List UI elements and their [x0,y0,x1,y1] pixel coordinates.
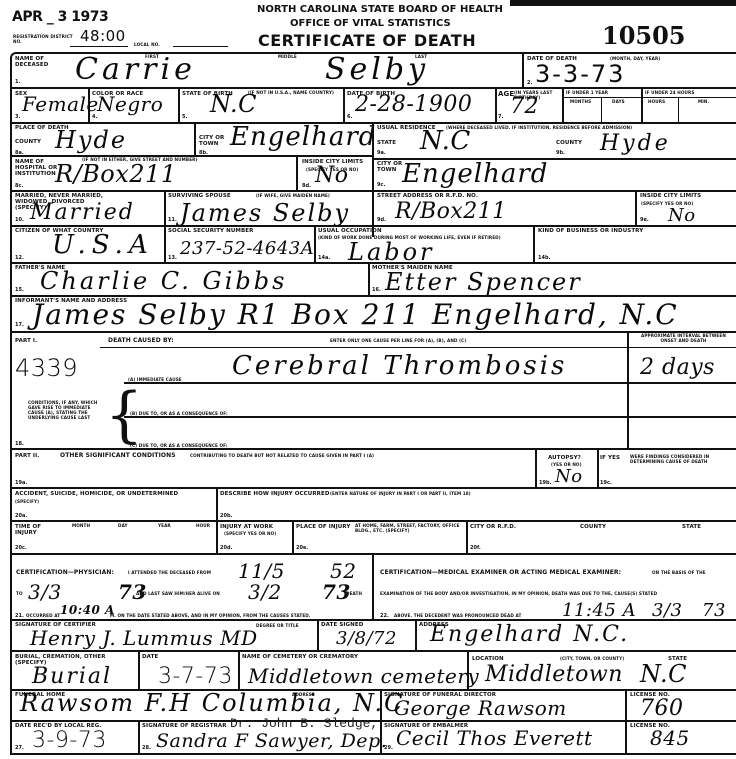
divider [495,88,497,122]
death-inside-city-value: No [315,163,349,188]
interval-value: 2 days [640,355,715,380]
divider [380,689,382,720]
street-value: R/Box211 [395,199,507,224]
spouse-hint: (IF WIFE, GIVE MAIDEN NAME) [256,193,330,198]
divider [627,331,629,448]
conditions-label: CONDITIONS, IF ANY, WHICH GAVE RISE TO I… [28,400,98,420]
residence-state-value: N.C [420,126,471,156]
row-line [10,87,736,89]
divider [343,88,345,122]
me-text2: EXAMINATION OF THE BODY AND/OR INVESTIGA… [380,591,657,596]
occurred-time: 10:40 A [60,603,115,617]
occurred-suffix: M. ON THE DATE STATED ABOVE, AND IN MY O… [110,613,311,618]
field-num-27: 27. [15,745,24,751]
at-work-hint: (SPECIFY YES OR NO) [224,531,276,536]
ssn-label: SOCIAL SECURITY NUMBER [168,228,253,234]
name-label: NAME OF DECEASED [15,56,55,68]
location-value: Middletown [485,662,623,687]
stamp-date: APR _ 3 1973 [12,9,108,25]
field-num-18: 18. [15,441,24,447]
field-num-3: 3. [15,114,20,120]
cause-code: 4339 [15,354,78,382]
divider [467,650,469,690]
if-yes-label: IF YES [600,455,620,461]
death-county-value: Hyde [55,126,127,154]
registrar-label: SIGNATURE OF REGISTRAR [142,723,227,729]
divider [296,155,298,190]
field-num-20a: 20a. [15,513,27,519]
row-line [10,190,736,192]
divider [138,650,140,690]
middle-label: MIDDLE [278,54,297,59]
months-label: MONTHS [570,99,591,104]
typed-registrar-name: Dr. John B. Sledge, [230,716,378,731]
agency-line1: NORTH CAROLINA STATE BOARD OF HEALTH [257,4,503,15]
last-saw-date: 3/2 [248,580,282,604]
field-num-20e: 20e. [296,545,308,551]
attended-text: I ATTENDED THE DECEASED FROM [128,570,211,575]
field-num-7: 7. [498,114,503,120]
ssn-value: 237-52-4643A [180,238,314,259]
other-conditions-label: OTHER SIGNIFICANT CONDITIONS [60,453,176,459]
state-of-birth-hint: (IF NOT IN U.S.A., NAME COUNTRY) [248,90,338,95]
manner-hint: (SPECIFY) [15,499,39,504]
certifier-signature: Henry J. Lummus MD [30,626,258,650]
row-line [10,619,736,621]
director-license-value: 760 [640,696,684,721]
time-of-injury-label: TIME OF INJURY [15,524,53,536]
divider [533,225,535,262]
registration-district: 48:00 [80,27,126,45]
row-line [124,382,736,384]
field-num-12: 12. [15,255,24,261]
death-caused-by-label: DEATH CAUSED BY: [108,338,174,344]
enter-only-label: ENTER ONLY ONE CAUSE PER LINE FOR (a), (… [330,338,466,343]
divider [466,520,468,553]
divider [178,88,180,122]
row-line [10,225,736,227]
field-num-14b: 14b. [538,255,550,261]
residence-city-value: Engelhard [402,159,548,189]
date-signed-value: 3/8/72 [336,628,397,649]
field-num-19a: 19a. [15,480,27,486]
field-num-2: 2. [527,80,532,86]
to-label: TO [16,591,23,596]
divider [522,54,524,88]
divider [317,619,319,650]
registration-label: REGISTRATION DISTRICT NO. [13,34,73,44]
father-value: Charlie C. Gibbs [40,267,287,295]
burial-date-value: 3-7-73 [158,664,233,689]
divider [372,123,374,237]
field-num-14a: 14a. [318,255,330,261]
spouse-value: James Selby [180,199,350,227]
local-no-underline [173,46,228,47]
min-label: MIN. [698,99,709,104]
divider [164,225,166,262]
under-24-hours-label: IF UNDER 24 HOURS [645,90,695,95]
burial-date-label: DATE [142,654,158,660]
field-num-16: 16. [372,287,381,293]
sub-line [562,97,736,98]
divider [641,88,643,122]
registration-underline [70,46,128,47]
residence-inside-city-value: No [668,205,696,226]
attended-to: 3/3 [28,580,62,604]
embalmer-license-value: 845 [650,726,690,750]
day-label: DAY [118,523,128,528]
certificate-number: 10505 [602,21,686,50]
immediate-cause-value: Cerebral Thrombosis [232,351,567,381]
field-num-28: 28. [142,745,151,751]
injury-city-label: CITY OR R.F.D. [470,524,516,530]
divider [415,619,417,650]
residence-inside-city-label: INSIDE CITY LIMITS [640,193,701,199]
divider [678,97,679,122]
marital-value: Married [30,200,135,225]
cemetery-value: Middletown cemetery [248,664,479,688]
residence-county-label: COUNTY [556,140,582,146]
divider [88,88,90,122]
field-num-20f: 20f. [470,545,481,551]
field-num-9e: 9e. [640,217,649,223]
at-work-label: INJURY AT WORK [220,524,273,530]
injury-county-label: COUNTY [580,524,606,530]
certifier-address-value: Engelhard N.C. [430,622,629,647]
death-city-label: CITY OR TOWN [199,135,229,147]
registrar-value: Sandra F Sawyer, Dep. [156,730,387,752]
field-num-15: 15. [15,287,24,293]
state-of-birth-value: N.C [210,90,257,118]
manner-label: ACCIDENT, SUICIDE, HOMICIDE, OR UNDETERM… [15,491,178,497]
divider [535,448,537,488]
findings-label: WERE FINDINGS CONSIDERED IN DETERMINING … [630,454,730,464]
row-line [124,416,736,418]
divider [292,520,294,553]
field-num-9a: 9a. [377,150,386,156]
part1-label: PART I. [15,338,37,344]
deceased-first-name: Carrie [75,52,196,87]
residence-county-value: Hyde [600,131,671,156]
hospital-value: R/Box211 [55,160,177,188]
pronounced-time: 11:45 A [562,600,636,621]
field-num-20d: 20d. [220,545,232,551]
degree-label: DEGREE OR TITLE [256,623,299,628]
divider [635,190,637,225]
autopsy-value: No [555,466,583,487]
row-line [10,448,736,450]
field-num-19b: 19b. [539,480,551,486]
funeral-home-value: Rawsom F.H Columbia, N.C [20,689,405,717]
autopsy-label: AUTOPSY? [548,455,581,461]
death-county-label: COUNTY [15,139,41,145]
residence-state-label: STATE [377,140,396,146]
funeral-director-value: George Rawsom [394,696,567,720]
row-line [10,295,736,297]
me-cert-label: CERTIFICATION—MEDICAL EXAMINER OR ACTING… [380,570,621,576]
row-line [10,487,736,489]
divider [314,225,316,262]
mother-value: Etter Spencer [385,268,582,296]
cemetery-label: NAME OF CEMETERY OR CREMATORY [242,654,358,660]
divider [372,553,374,619]
divider [380,720,382,753]
field-num-5: 5. [182,114,187,120]
deceased-last-name: Selby [325,52,429,87]
received-value: 3-9-73 [32,728,107,753]
field-num-17: 17. [15,322,24,328]
field-num-13: 13. [168,255,177,261]
informant-value: James Selby R1 Box 211 Engelhard, N.C [32,298,679,331]
divider [601,97,602,122]
under-1-year-label: IF UNDER 1 YEAR [566,90,608,95]
field-num-9c: 9c. [377,182,385,188]
row-line [10,262,736,264]
top-bar [510,0,736,6]
describe-hint: (ENTER NATURE OF INJURY IN PART I OR PAR… [330,491,471,496]
location-state-value: N.C [640,660,687,688]
field-num-11: 11. [168,217,177,223]
other-conditions-hint: CONTRIBUTING TO DEATH BUT NOT RELATED TO… [190,453,374,458]
field-num-9d: 9d. [377,217,386,223]
row-line [100,347,736,348]
pronounced-on: 3/3 [652,600,682,621]
bottom-border [10,753,736,755]
death-city-value: Engelhard [230,122,376,152]
field-num-1: 1. [15,79,20,85]
field-num-19c: 19c. [600,480,612,486]
place-of-injury-label: PLACE OF INJURY [296,524,350,530]
divider [597,448,599,488]
field-num-9b: 9b. [556,150,565,156]
location-hint: (CITY, TOWN, OR COUNTY) [560,656,624,661]
hour-label: HOUR [196,523,210,528]
date-of-death: 3-3-73 [535,60,625,88]
part2-label: PART II. [15,453,39,459]
occupation-label: USUAL OCCUPATION [318,228,382,234]
describe-label: DESCRIBE HOW INJURY OCCURRED [220,491,330,497]
residence-hint: (WHERE DECEASED LIVED. IF INSTITUTION, R… [446,125,632,130]
field-num-6: 6. [347,114,352,120]
field-num-20c: 20c. [15,545,27,551]
citizen-value: U.S.A [52,230,154,260]
month-label: MONTH [72,523,90,528]
business-label: KIND OF BUSINESS OR INDUSTRY [538,228,643,234]
days-label: DAYS [612,99,625,104]
year-label: YEAR [158,523,171,528]
last-saw-text: AND LAST SAW HIM/HER ALIVE ON [136,591,220,596]
field-num-8c: 8c. [15,183,23,189]
divider [164,190,166,225]
agency-line2: OFFICE OF VITAL STATISTICS [290,18,451,29]
pronounced-year: 73 [702,600,726,621]
field-num-29: 29. [384,745,393,751]
divider [138,720,140,753]
hours-label: HOURS [648,99,665,104]
me-text1: ON THE BASIS OF THE [652,570,706,575]
injury-state-label: STATE [682,524,701,530]
interval-label: APPROXIMATE INTERVAL BETWEEN ONSET AND D… [636,333,731,343]
death-label: DEATH [346,591,362,596]
embalmer-value: Cecil Thos Everett [396,726,593,750]
place-of-injury-hint: AT HOME, FARM, STREET, FACTORY, OFFICE B… [355,523,465,533]
field-num-10: 10. [15,217,24,223]
age-value: 72 [510,94,539,119]
race-value: Negro [97,92,163,116]
me-text3: ABOVE. THE DECEDENT WAS PRONOUNCED DEAD … [394,613,521,618]
field-num-20b: 20b. [220,513,232,519]
certificate-title: CERTIFICATE OF DEATH [258,31,476,50]
local-no-label: LOCAL NO. [134,42,160,47]
row-line [10,520,736,522]
divider [562,88,564,122]
divider [194,123,196,155]
field-num-8d: 8d. [302,183,311,189]
burial-value: Burial [32,664,112,689]
divider [368,262,370,295]
occurred-text: OCCURRED AT [26,613,60,618]
physician-cert-label: CERTIFICATION—PHYSICIAN: [16,570,114,576]
divider [238,650,240,690]
date-of-birth-value: 2-28-1900 [355,92,472,117]
row-line [10,650,736,652]
